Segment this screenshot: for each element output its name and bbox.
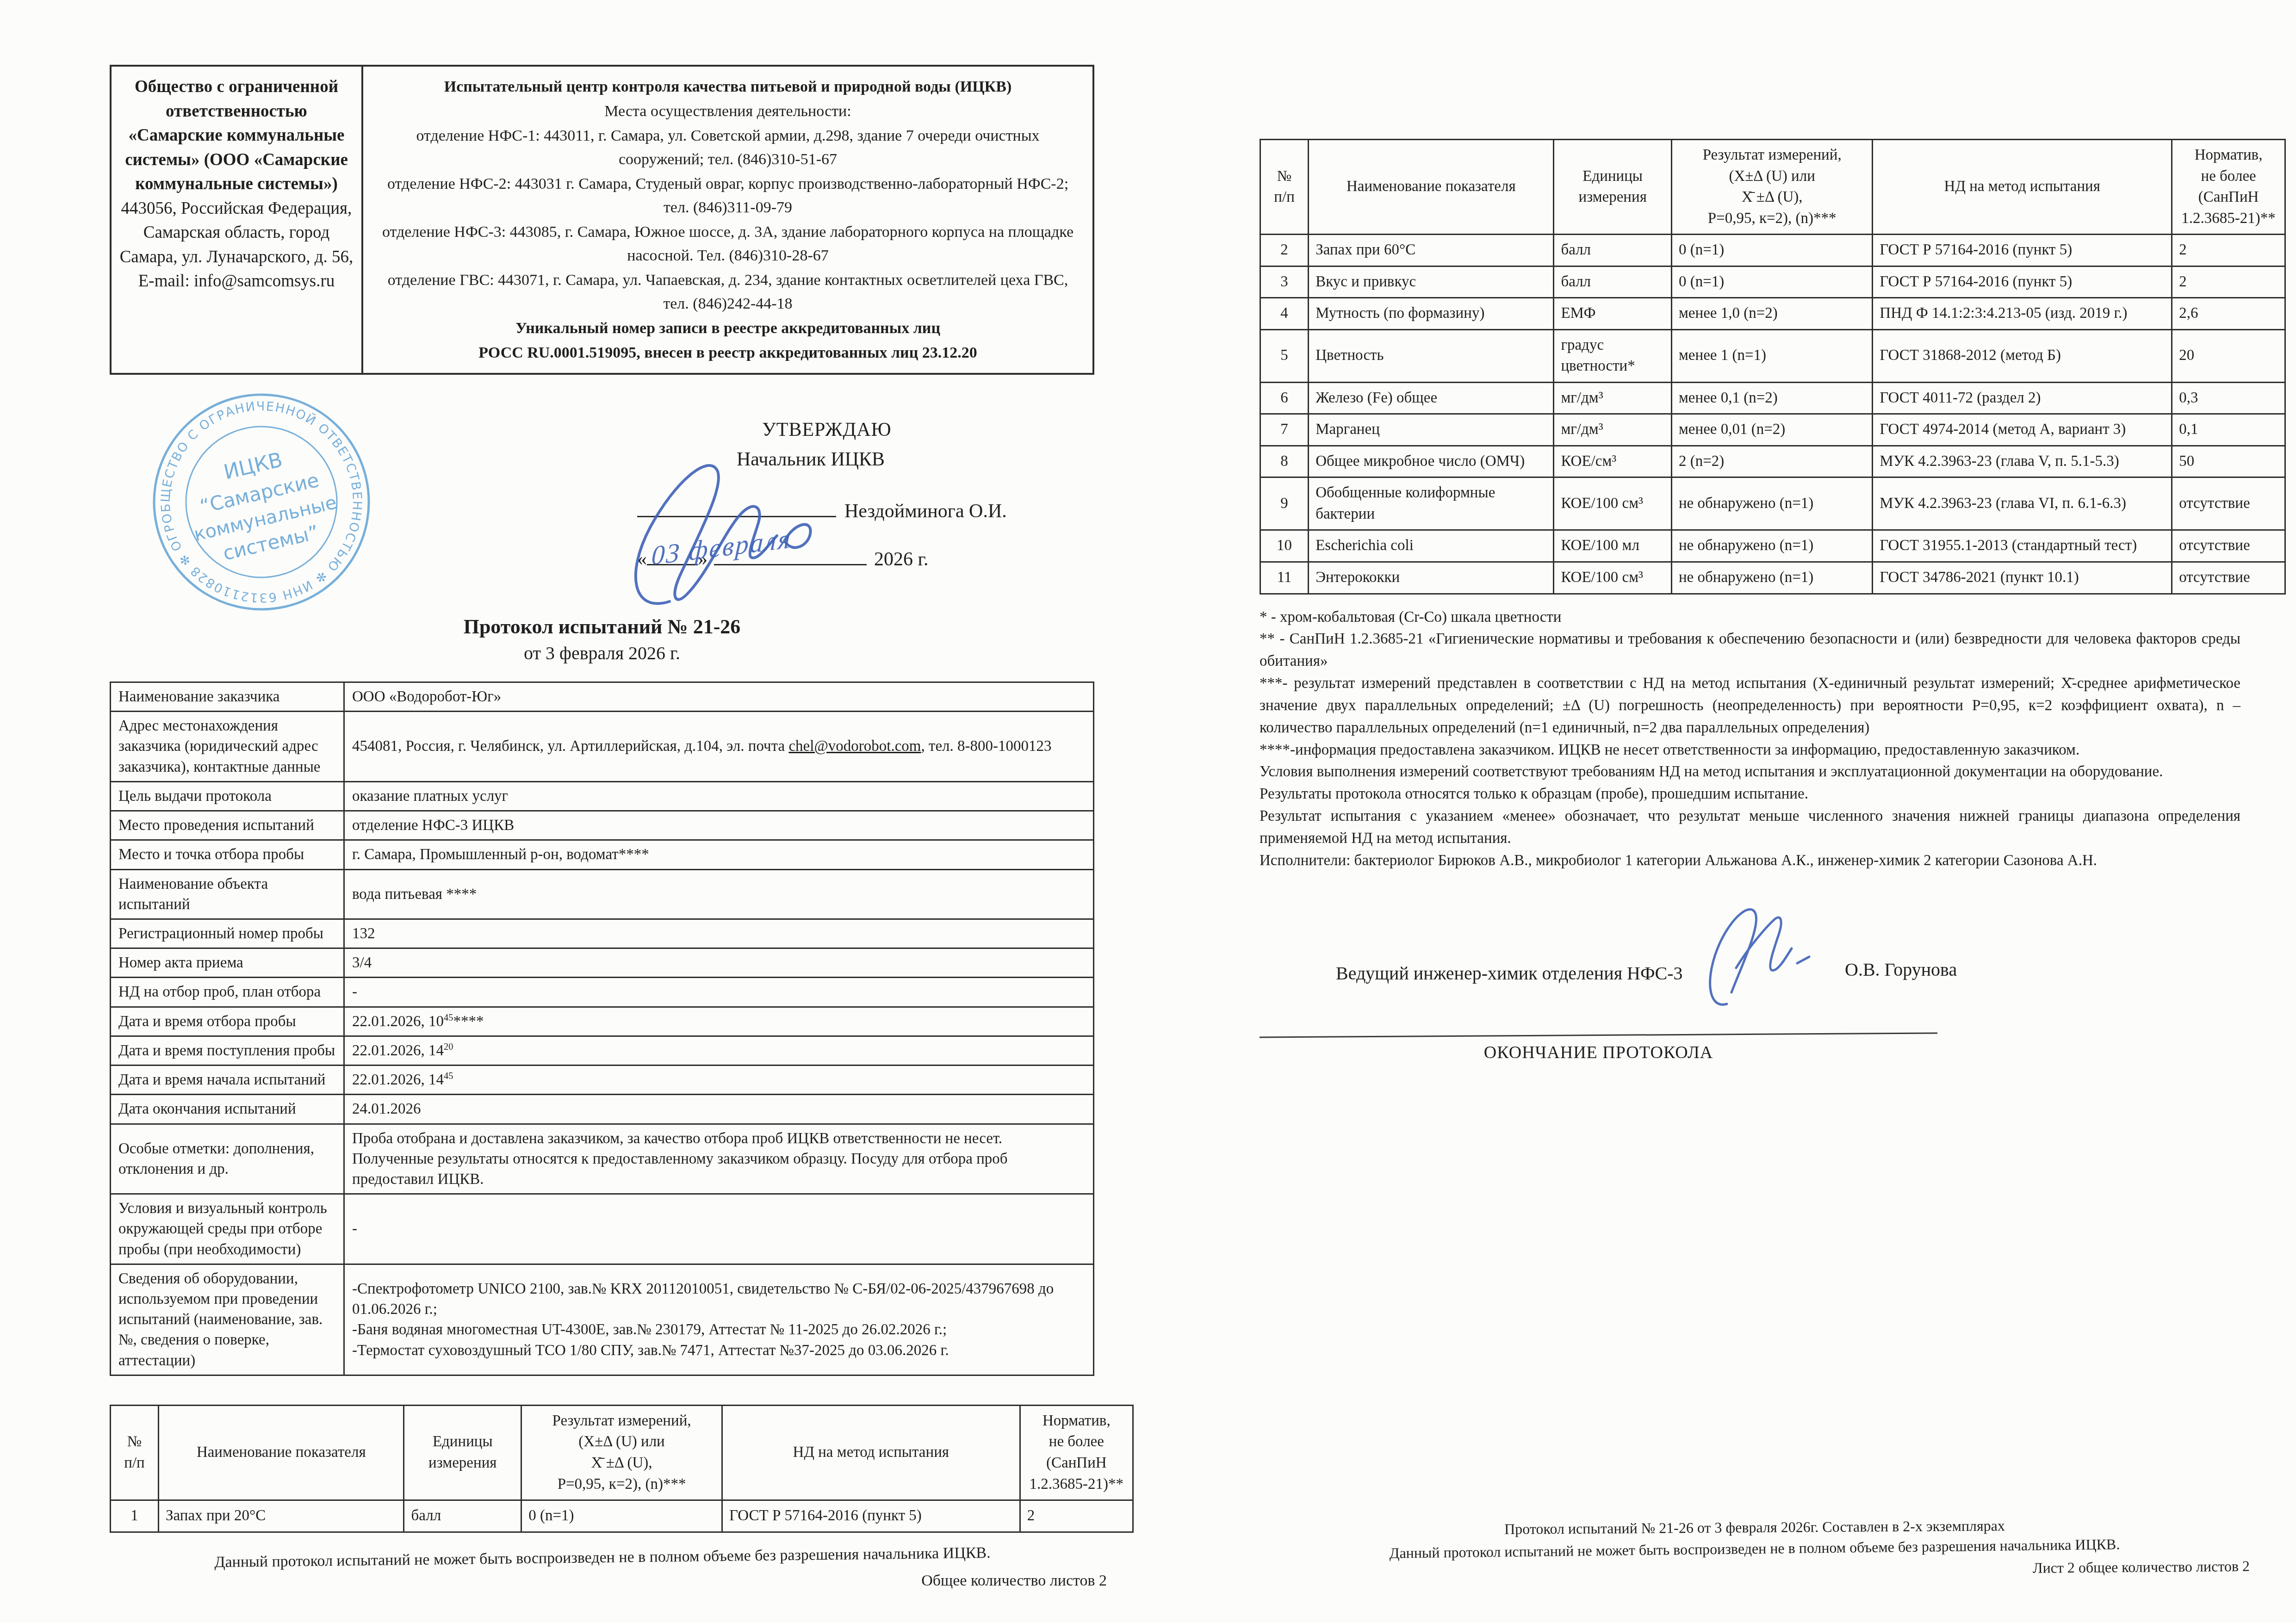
details-row: НД на отбор проб, план отбора- bbox=[111, 978, 1094, 1007]
results-header-cell: Единицы измерения bbox=[1554, 140, 1672, 235]
details-label: Наименование заказчика bbox=[111, 682, 344, 712]
details-row: Наименование заказчикаООО «Водоробот-Юг» bbox=[111, 682, 1094, 712]
result-cell: 10 bbox=[1260, 530, 1309, 562]
results-table-1: № п/пНаименование показателяЕдиницы изме… bbox=[110, 1405, 1134, 1533]
result-cell: ГОСТ 34786-2021 (пункт 10.1) bbox=[1873, 562, 2172, 594]
result-cell: 9 bbox=[1260, 477, 1309, 530]
stamp-center-1: ИЦКВ bbox=[222, 448, 285, 484]
result-cell: ГОСТ 31868-2012 (метод Б) bbox=[1873, 329, 2172, 382]
result-cell: отсутствие bbox=[2172, 477, 2285, 530]
results-header-row: № п/пНаименование показателяЕдиницы изме… bbox=[111, 1405, 1133, 1500]
result-row: 7Марганецмг/дм³менее 0,01 (n=2)ГОСТ 4974… bbox=[1260, 414, 2285, 446]
result-cell: градус цветности* bbox=[1554, 329, 1672, 382]
details-value: г. Самара, Промышленный р-он, водомат***… bbox=[344, 840, 1094, 869]
result-cell: 0 (n=1) bbox=[1671, 235, 1872, 266]
result-cell: 11 bbox=[1260, 562, 1309, 594]
result-cell: 0 (n=1) bbox=[1671, 266, 1872, 298]
result-cell: не обнаружено (n=1) bbox=[1671, 530, 1872, 562]
result-row: 5Цветностьградус цветности*менее 1 (n=1)… bbox=[1260, 329, 2285, 382]
result-row: 8Общее микробное число (ОМЧ)КОЕ/см³2 (n=… bbox=[1260, 446, 2285, 477]
result-cell: МУК 4.2.3963-23 (глава V, п. 5.1-5.3) bbox=[1873, 446, 2172, 477]
details-label: Дата и время отбора пробы bbox=[111, 1007, 344, 1036]
result-cell: Мутность (по формазину) bbox=[1309, 298, 1554, 330]
details-value: -Спектрофотометр UNICO 2100, зав.№ KRX 2… bbox=[344, 1264, 1094, 1375]
result-cell: КОЕ/100 см³ bbox=[1554, 477, 1672, 530]
signatory-name: О.В. Горунова bbox=[1845, 959, 1957, 980]
result-row: 9Обобщенные колиформные бактерииКОЕ/100 … bbox=[1260, 477, 2285, 530]
result-cell: не обнаружено (n=1) bbox=[1671, 562, 1872, 594]
result-cell: ГОСТ Р 57164-2016 (пункт 5) bbox=[722, 1500, 1020, 1532]
result-cell: 2,6 bbox=[2172, 298, 2285, 330]
result-cell: 3 bbox=[1260, 266, 1309, 298]
page1-sheet-count: Общее количество листов 2 bbox=[110, 1572, 1107, 1590]
result-cell: ГОСТ Р 57164-2016 (пункт 5) bbox=[1873, 235, 2172, 266]
result-cell: мг/дм³ bbox=[1554, 414, 1672, 446]
details-label: Регистрационный номер пробы bbox=[111, 919, 344, 948]
details-label: Место проведения испытаний bbox=[111, 811, 344, 840]
org-address: 443056, Российская Федерация, Самарская … bbox=[118, 197, 355, 294]
details-label: Место и точка отбора пробы bbox=[111, 840, 344, 869]
result-cell: 0,1 bbox=[2172, 414, 2285, 446]
results-header-row: № п/пНаименование показателяЕдиницы изме… bbox=[1260, 140, 2285, 235]
result-cell: Железо (Fe) общее bbox=[1309, 382, 1554, 414]
details-label: Наименование объекта испытаний bbox=[111, 869, 344, 919]
result-cell: ГОСТ 4974-2014 (метод А, вариант 3) bbox=[1873, 414, 2172, 446]
branch-gvs: отделение ГВС: 443071, г. Самара, ул. Ча… bbox=[375, 268, 1080, 316]
details-row: Дата и время поступления пробы22.01.2026… bbox=[111, 1036, 1094, 1065]
branch-nfs2: отделение НФС-2: 443031 г. Самара, Студе… bbox=[375, 172, 1080, 219]
result-cell: Обобщенные колиформные бактерии bbox=[1309, 477, 1554, 530]
details-row: Регистрационный номер пробы132 bbox=[111, 919, 1094, 948]
result-cell: 2 (n=2) bbox=[1671, 446, 1872, 477]
result-cell: 6 bbox=[1260, 382, 1309, 414]
result-cell: 0 (n=1) bbox=[521, 1500, 722, 1532]
result-cell: 7 bbox=[1260, 414, 1309, 446]
details-value: 22.01.2026, 1420 bbox=[344, 1036, 1094, 1065]
signatory-role: Ведущий инженер-химик отделения НФС-3 bbox=[1336, 962, 1683, 984]
page1-footer-note: Данный протокол испытаний не может быть … bbox=[110, 1543, 1095, 1573]
details-row: Наименование объекта испытанийвода питье… bbox=[111, 869, 1094, 919]
result-cell: 20 bbox=[2172, 329, 2285, 382]
round-stamp: ОБЩЕСТВО С ОГРАНИЧЕННОЙ ОТВЕТСТВЕННОСТЬЮ… bbox=[125, 366, 397, 638]
result-cell: 8 bbox=[1260, 446, 1309, 477]
stamp-center-3: коммунальные bbox=[192, 492, 339, 545]
result-cell: Escherichia coli bbox=[1309, 530, 1554, 562]
scanned-document: Общество с ограниченной ответственностью… bbox=[0, 0, 2296, 1623]
approval-block: УТВЕРЖДАЮ Начальник ИЦКВ Нездойминога О.… bbox=[637, 419, 1054, 599]
result-cell: отсутствие bbox=[2172, 562, 2285, 594]
result-cell: балл bbox=[404, 1500, 521, 1532]
footnote-line: * - хром-кобальтовая (Cr-Co) шкала цветн… bbox=[1260, 607, 2240, 629]
details-value: отделение НФС-3 ИЦКВ bbox=[344, 811, 1094, 840]
result-cell: Запах при 20°С bbox=[159, 1500, 404, 1532]
result-cell: 2 bbox=[2172, 266, 2285, 298]
footnote-line: Результаты протокола относятся только к … bbox=[1260, 783, 2240, 805]
result-cell: 2 bbox=[2172, 235, 2285, 266]
result-cell: ГОСТ 4011-72 (раздел 2) bbox=[1873, 382, 2172, 414]
footnote-line: Исполнители: бактериолог Бирюков А.В., м… bbox=[1260, 850, 2240, 872]
result-row: 6Железо (Fe) общеемг/дм³менее 0,1 (n=2)Г… bbox=[1260, 382, 2285, 414]
result-row: 10Escherichia coliКОЕ/100 млне обнаружен… bbox=[1260, 530, 2285, 562]
details-row: Адрес местонахождения заказчика (юридиче… bbox=[111, 712, 1094, 782]
result-cell: отсутствие bbox=[2172, 530, 2285, 562]
result-cell: Общее микробное число (ОМЧ) bbox=[1309, 446, 1554, 477]
details-row: Место и точка отбора пробыг. Самара, Про… bbox=[111, 840, 1094, 869]
details-value: 132 bbox=[344, 919, 1094, 948]
branch-nfs1: отделение НФС-1: 443011, г. Самара, ул. … bbox=[375, 124, 1080, 171]
result-row: 2Запах при 60°Сбалл0 (n=1)ГОСТ Р 57164-2… bbox=[1260, 235, 2285, 266]
protocol-details-table: Наименование заказчикаООО «Водоробот-Юг»… bbox=[110, 681, 1094, 1376]
result-cell: 2 bbox=[1260, 235, 1309, 266]
details-label: Номер акта приема bbox=[111, 948, 344, 978]
protocol-date: от 3 февраля 2026 г. bbox=[110, 642, 1094, 664]
details-label: Адрес местонахождения заказчика (юридиче… bbox=[111, 712, 344, 782]
results-header-cell: Единицы измерения bbox=[404, 1405, 521, 1500]
result-cell: 2 bbox=[1020, 1500, 1133, 1532]
letterhead-table: Общество с ограниченной ответственностью… bbox=[110, 65, 1094, 375]
result-cell: 50 bbox=[2172, 446, 2285, 477]
activity-caption: Места осуществления деятельности: bbox=[375, 99, 1080, 123]
details-value: - bbox=[344, 1194, 1094, 1264]
result-cell: менее 0,01 (n=2) bbox=[1671, 414, 1872, 446]
result-cell: КОЕ/см³ bbox=[1554, 446, 1672, 477]
result-cell: Энтерококки bbox=[1309, 562, 1554, 594]
details-row: Дата и время начала испытаний22.01.2026,… bbox=[111, 1065, 1094, 1095]
results-header-cell: № п/п bbox=[1260, 140, 1309, 235]
result-cell: ГОСТ Р 57164-2016 (пункт 5) bbox=[1873, 266, 2172, 298]
results-header-cell: Результат измерений, (Х±Δ (U) или Х̄ ±Δ … bbox=[1671, 140, 1872, 235]
result-cell: менее 1 (n=1) bbox=[1671, 329, 1872, 382]
end-divider bbox=[1260, 1032, 1937, 1038]
page-2: № п/пНаименование показателяЕдиницы изме… bbox=[1226, 0, 2286, 1623]
details-row: Место проведения испытанийотделение НФС-… bbox=[111, 811, 1094, 840]
branch-nfs3: отделение НФС-3: 443085, г. Самара, Южно… bbox=[375, 220, 1080, 267]
end-caption: ОКОНЧАНИЕ ПРОТОКОЛА bbox=[1260, 1042, 1937, 1063]
registry-line2: РОСС RU.0001.519095, внесен в реестр акк… bbox=[375, 341, 1080, 365]
footnote-line: Результат испытания с указанием «менее» … bbox=[1260, 805, 2240, 850]
details-value: 22.01.2026, 1045**** bbox=[344, 1007, 1094, 1036]
details-label: Цель выдачи протокола bbox=[111, 781, 344, 811]
stamp-center-4: системы” bbox=[221, 521, 321, 565]
org-name: Общество с ограниченной ответственностью… bbox=[118, 75, 355, 197]
result-cell: КОЕ/100 мл bbox=[1554, 530, 1672, 562]
details-value: оказание платных услуг bbox=[344, 781, 1094, 811]
details-value: ООО «Водоробот-Юг» bbox=[344, 682, 1094, 712]
registry-line1: Уникальный номер записи в реестре аккред… bbox=[375, 316, 1080, 340]
result-cell: КОЕ/100 см³ bbox=[1554, 562, 1672, 594]
details-label: Дата и время поступления пробы bbox=[111, 1036, 344, 1065]
details-value: Проба отобрана и доставлена заказчиком, … bbox=[344, 1124, 1094, 1194]
details-label: Особые отметки: дополнения, отклонения и… bbox=[111, 1124, 344, 1194]
approver-signature bbox=[600, 437, 896, 613]
result-cell: 1 bbox=[111, 1500, 159, 1532]
details-row: Дата и время отбора пробы22.01.2026, 104… bbox=[111, 1007, 1094, 1036]
details-label: НД на отбор проб, план отбора bbox=[111, 978, 344, 1007]
results-header-cell: Наименование показателя bbox=[1309, 140, 1554, 235]
details-label: Сведения об оборудовании, используемом п… bbox=[111, 1264, 344, 1375]
details-row: Сведения об оборудовании, используемом п… bbox=[111, 1264, 1094, 1375]
result-cell: Вкус и привкус bbox=[1309, 266, 1554, 298]
result-cell: Марганец bbox=[1309, 414, 1554, 446]
details-row: Цель выдачи протоколаоказание платных ус… bbox=[111, 781, 1094, 811]
page-1: Общество с ограниченной ответственностью… bbox=[32, 0, 1134, 1623]
result-cell: 5 bbox=[1260, 329, 1309, 382]
result-cell: мг/дм³ bbox=[1554, 382, 1672, 414]
details-value: - bbox=[344, 978, 1094, 1007]
results-header-cell: НД на метод испытания bbox=[1873, 140, 2172, 235]
center-title: Испытательный центр контроля качества пи… bbox=[375, 75, 1080, 99]
result-row: 11ЭнтерококкиКОЕ/100 см³не обнаружено (n… bbox=[1260, 562, 2285, 594]
results-table-2: № п/пНаименование показателяЕдиницы изме… bbox=[1260, 139, 2286, 595]
protocol-title: Протокол испытаний № 21-26 bbox=[110, 615, 1094, 638]
details-row: Дата окончания испытаний24.01.2026 bbox=[111, 1095, 1094, 1124]
results-header-cell: Наименование показателя bbox=[159, 1405, 404, 1500]
footnote-line: ** - СанПиН 1.2.3685-21 «Гигиенические н… bbox=[1260, 628, 2240, 673]
result-cell: МУК 4.2.3963-23 (глава VI, п. 6.1-6.3) bbox=[1873, 477, 2172, 530]
details-value: 24.01.2026 bbox=[344, 1095, 1094, 1124]
page2-footer: Протокол испытаний № 21-26 от 3 февраля … bbox=[1260, 1517, 2250, 1581]
results-header-cell: Норматив, не более (СанПиН 1.2.3685-21)*… bbox=[1020, 1405, 1133, 1500]
stamp-ring-text: ОБЩЕСТВО С ОГРАНИЧЕННОЙ ОТВЕТСТВЕННОСТЬЮ… bbox=[125, 366, 385, 629]
signature-row: Ведущий инженер-химик отделения НФС-3 О.… bbox=[1260, 921, 2240, 1018]
results-header-cell: Норматив, не более (СанПиН 1.2.3685-21)*… bbox=[2172, 140, 2285, 235]
result-row: 3Вкус и привкусбалл0 (n=1)ГОСТ Р 57164-2… bbox=[1260, 266, 2285, 298]
svg-text:ОБЩЕСТВО С ОГРАНИЧЕННОЙ ОТВЕТС: ОБЩЕСТВО С ОГРАНИЧЕННОЙ ОТВЕТСТВЕННОСТЬЮ… bbox=[125, 366, 385, 629]
result-cell: 4 bbox=[1260, 298, 1309, 330]
result-cell: Запах при 60°С bbox=[1309, 235, 1554, 266]
details-value: 3/4 bbox=[344, 948, 1094, 978]
result-cell: менее 1,0 (n=2) bbox=[1671, 298, 1872, 330]
result-cell: ПНД Ф 14.1:2:3:4.213-05 (изд. 2019 г.) bbox=[1873, 298, 2172, 330]
chemist-signature bbox=[1662, 893, 1819, 1022]
footnotes-block: * - хром-кобальтовая (Cr-Co) шкала цветн… bbox=[1260, 607, 2240, 872]
details-value: 22.01.2026, 1445 bbox=[344, 1065, 1094, 1095]
details-row: Особые отметки: дополнения, отклонения и… bbox=[111, 1124, 1094, 1194]
details-label: Дата и время начала испытаний bbox=[111, 1065, 344, 1095]
result-cell: балл bbox=[1554, 235, 1672, 266]
details-label: Условия и визуальный контроль окружающей… bbox=[111, 1194, 344, 1264]
result-row: 4Мутность (по формазину)ЕМФменее 1,0 (n=… bbox=[1260, 298, 2285, 330]
result-cell: балл bbox=[1554, 266, 1672, 298]
details-row: Номер акта приема3/4 bbox=[111, 948, 1094, 978]
result-row: 1Запах при 20°Сбалл0 (n=1)ГОСТ Р 57164-2… bbox=[111, 1500, 1133, 1532]
result-cell: менее 0,1 (n=2) bbox=[1671, 382, 1872, 414]
details-value: вода питьевая **** bbox=[344, 869, 1094, 919]
result-cell: Цветность bbox=[1309, 329, 1554, 382]
details-value: 454081, Россия, г. Челябинск, ул. Артилл… bbox=[344, 712, 1094, 782]
results-header-cell: НД на метод испытания bbox=[722, 1405, 1020, 1500]
footnote-line: ***- результат измерений представлен в с… bbox=[1260, 673, 2240, 739]
letterhead-center-cell: Испытательный центр контроля качества пи… bbox=[362, 66, 1093, 374]
letterhead-org-cell: Общество с ограниченной ответственностью… bbox=[111, 66, 362, 374]
result-cell: не обнаружено (n=1) bbox=[1671, 477, 1872, 530]
stamp-center-2: “Самарские bbox=[198, 469, 321, 518]
results-header-cell: Результат измерений, (Х±Δ (U) или Х̄ ±Δ … bbox=[521, 1405, 722, 1500]
result-cell: 0,3 bbox=[2172, 382, 2285, 414]
result-cell: ГОСТ 31955.1-2013 (стандартный тест) bbox=[1873, 530, 2172, 562]
results-header-cell: № п/п bbox=[111, 1405, 159, 1500]
details-label: Дата окончания испытаний bbox=[111, 1095, 344, 1124]
footnote-line: ****-информация предоставлена заказчиком… bbox=[1260, 739, 2240, 762]
result-cell: ЕМФ bbox=[1554, 298, 1672, 330]
footnote-line: Условия выполнения измерений соответству… bbox=[1260, 761, 2240, 783]
details-row: Условия и визуальный контроль окружающей… bbox=[111, 1194, 1094, 1264]
